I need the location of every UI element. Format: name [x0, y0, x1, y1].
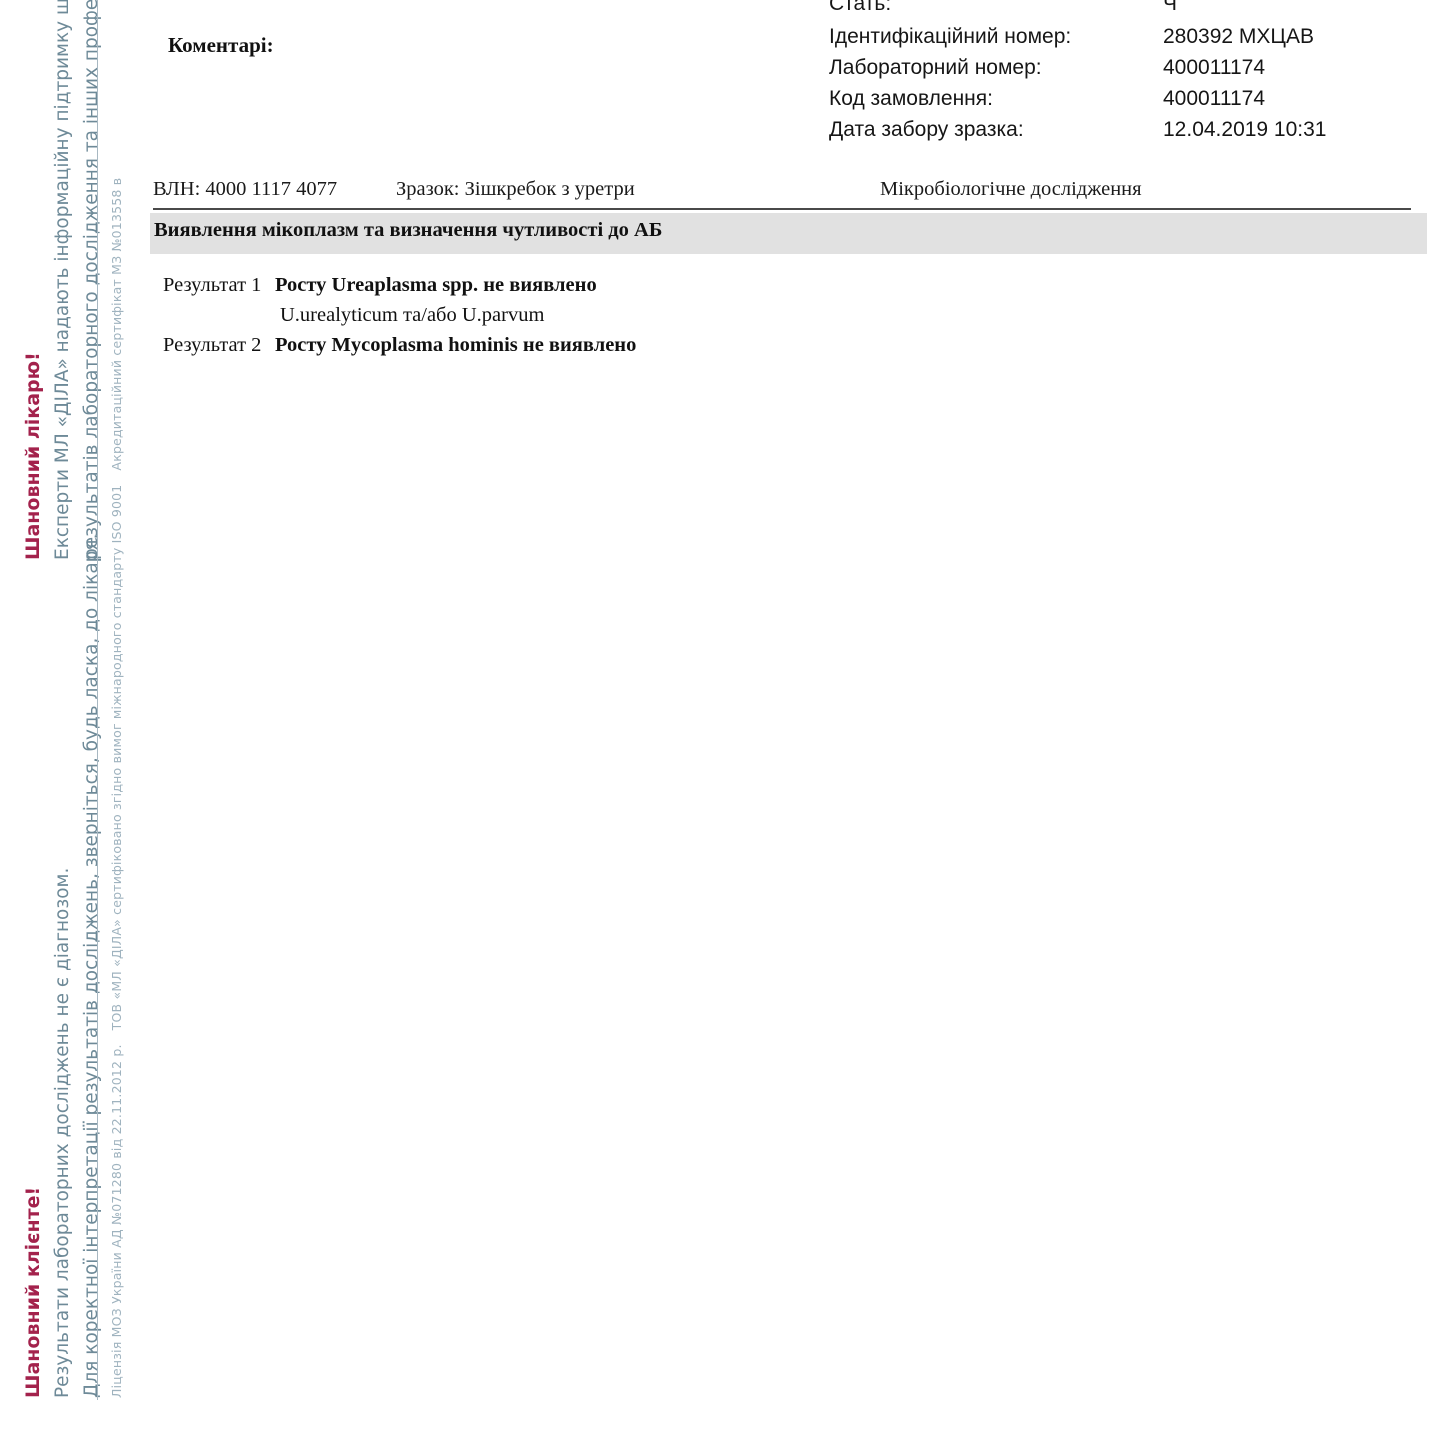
info-label: Дата забору зразка: — [829, 114, 1024, 145]
doctor-greeting: Шановний лікарю! — [18, 0, 48, 560]
header-divider — [153, 208, 1411, 210]
info-label: Стать: — [829, 0, 891, 19]
result-subnote: U.urealyticum та/або U.parvum — [280, 300, 544, 330]
client-notice-line-2: Для коректної інтерпретації результатів … — [77, 534, 106, 1398]
info-value: 12.04.2019 10:31 — [1163, 114, 1327, 145]
info-value: 400011174 — [1163, 52, 1265, 83]
license-text: Ліцензія МОЗ України АД №071280 від 22.1… — [109, 1044, 124, 1398]
section-title: Виявлення мікоплазм та визначення чутлив… — [154, 219, 662, 242]
section-header: Виявлення мікоплазм та визначення чутлив… — [150, 213, 1427, 254]
doctor-notice-line-2: результатів лабораторного дослідження та… — [77, 0, 106, 560]
accreditation-text: Акредитаційний сертифікат МЗ №013558 в — [109, 178, 124, 471]
info-label: Лабораторний номер: — [829, 52, 1042, 83]
doctor-notice: Шановний лікарю! Експерти МЛ «ДІЛА» нада… — [18, 0, 106, 560]
client-notice-line-1: Результати лабораторних досліджень не є … — [48, 534, 77, 1398]
vln-number: ВЛН: 4000 1117 4077 — [153, 178, 337, 201]
doctor-notice-line-1: Експерти МЛ «ДІЛА» надають інформаційну … — [48, 0, 77, 560]
result-value: Росту Mycoplasma hominis не виявлено — [275, 330, 636, 360]
iso-certification-text: ТОВ «МЛ «ДІЛА» сертифіковано згідно вимо… — [109, 485, 124, 1031]
result-value: Росту Ureaplasma spp. не виявлено — [275, 270, 597, 300]
legal-footer: Ліцензія МОЗ України АД №071280 від 22.1… — [108, 178, 126, 1398]
comments-label: Коментарі: — [168, 33, 274, 58]
info-value: 280392 МХЦАВ — [1163, 21, 1314, 52]
info-label: Код замовлення: — [829, 83, 993, 114]
specimen-header: ВЛН: 4000 1117 4077 Зразок: Зішкребок з … — [153, 178, 1411, 208]
info-value: Ч — [1163, 0, 1177, 19]
sidebar-divider — [97, 0, 98, 1400]
client-greeting: Шановний клієнте! — [18, 534, 48, 1398]
department-name: Мікробіологічне дослідження — [880, 178, 1142, 201]
info-value: 400011174 — [1163, 83, 1265, 114]
client-notice: Шановний клієнте! Результати лабораторни… — [18, 534, 106, 1398]
sidebar-notice: Шановний клієнте! Результати лабораторни… — [0, 0, 135, 1455]
result-label: Результат 2 — [163, 330, 261, 360]
info-label: Ідентифікаційний номер: — [829, 21, 1071, 52]
sample-type: Зразок: Зішкребок з уретри — [396, 178, 635, 201]
result-label: Результат 1 — [163, 270, 261, 300]
